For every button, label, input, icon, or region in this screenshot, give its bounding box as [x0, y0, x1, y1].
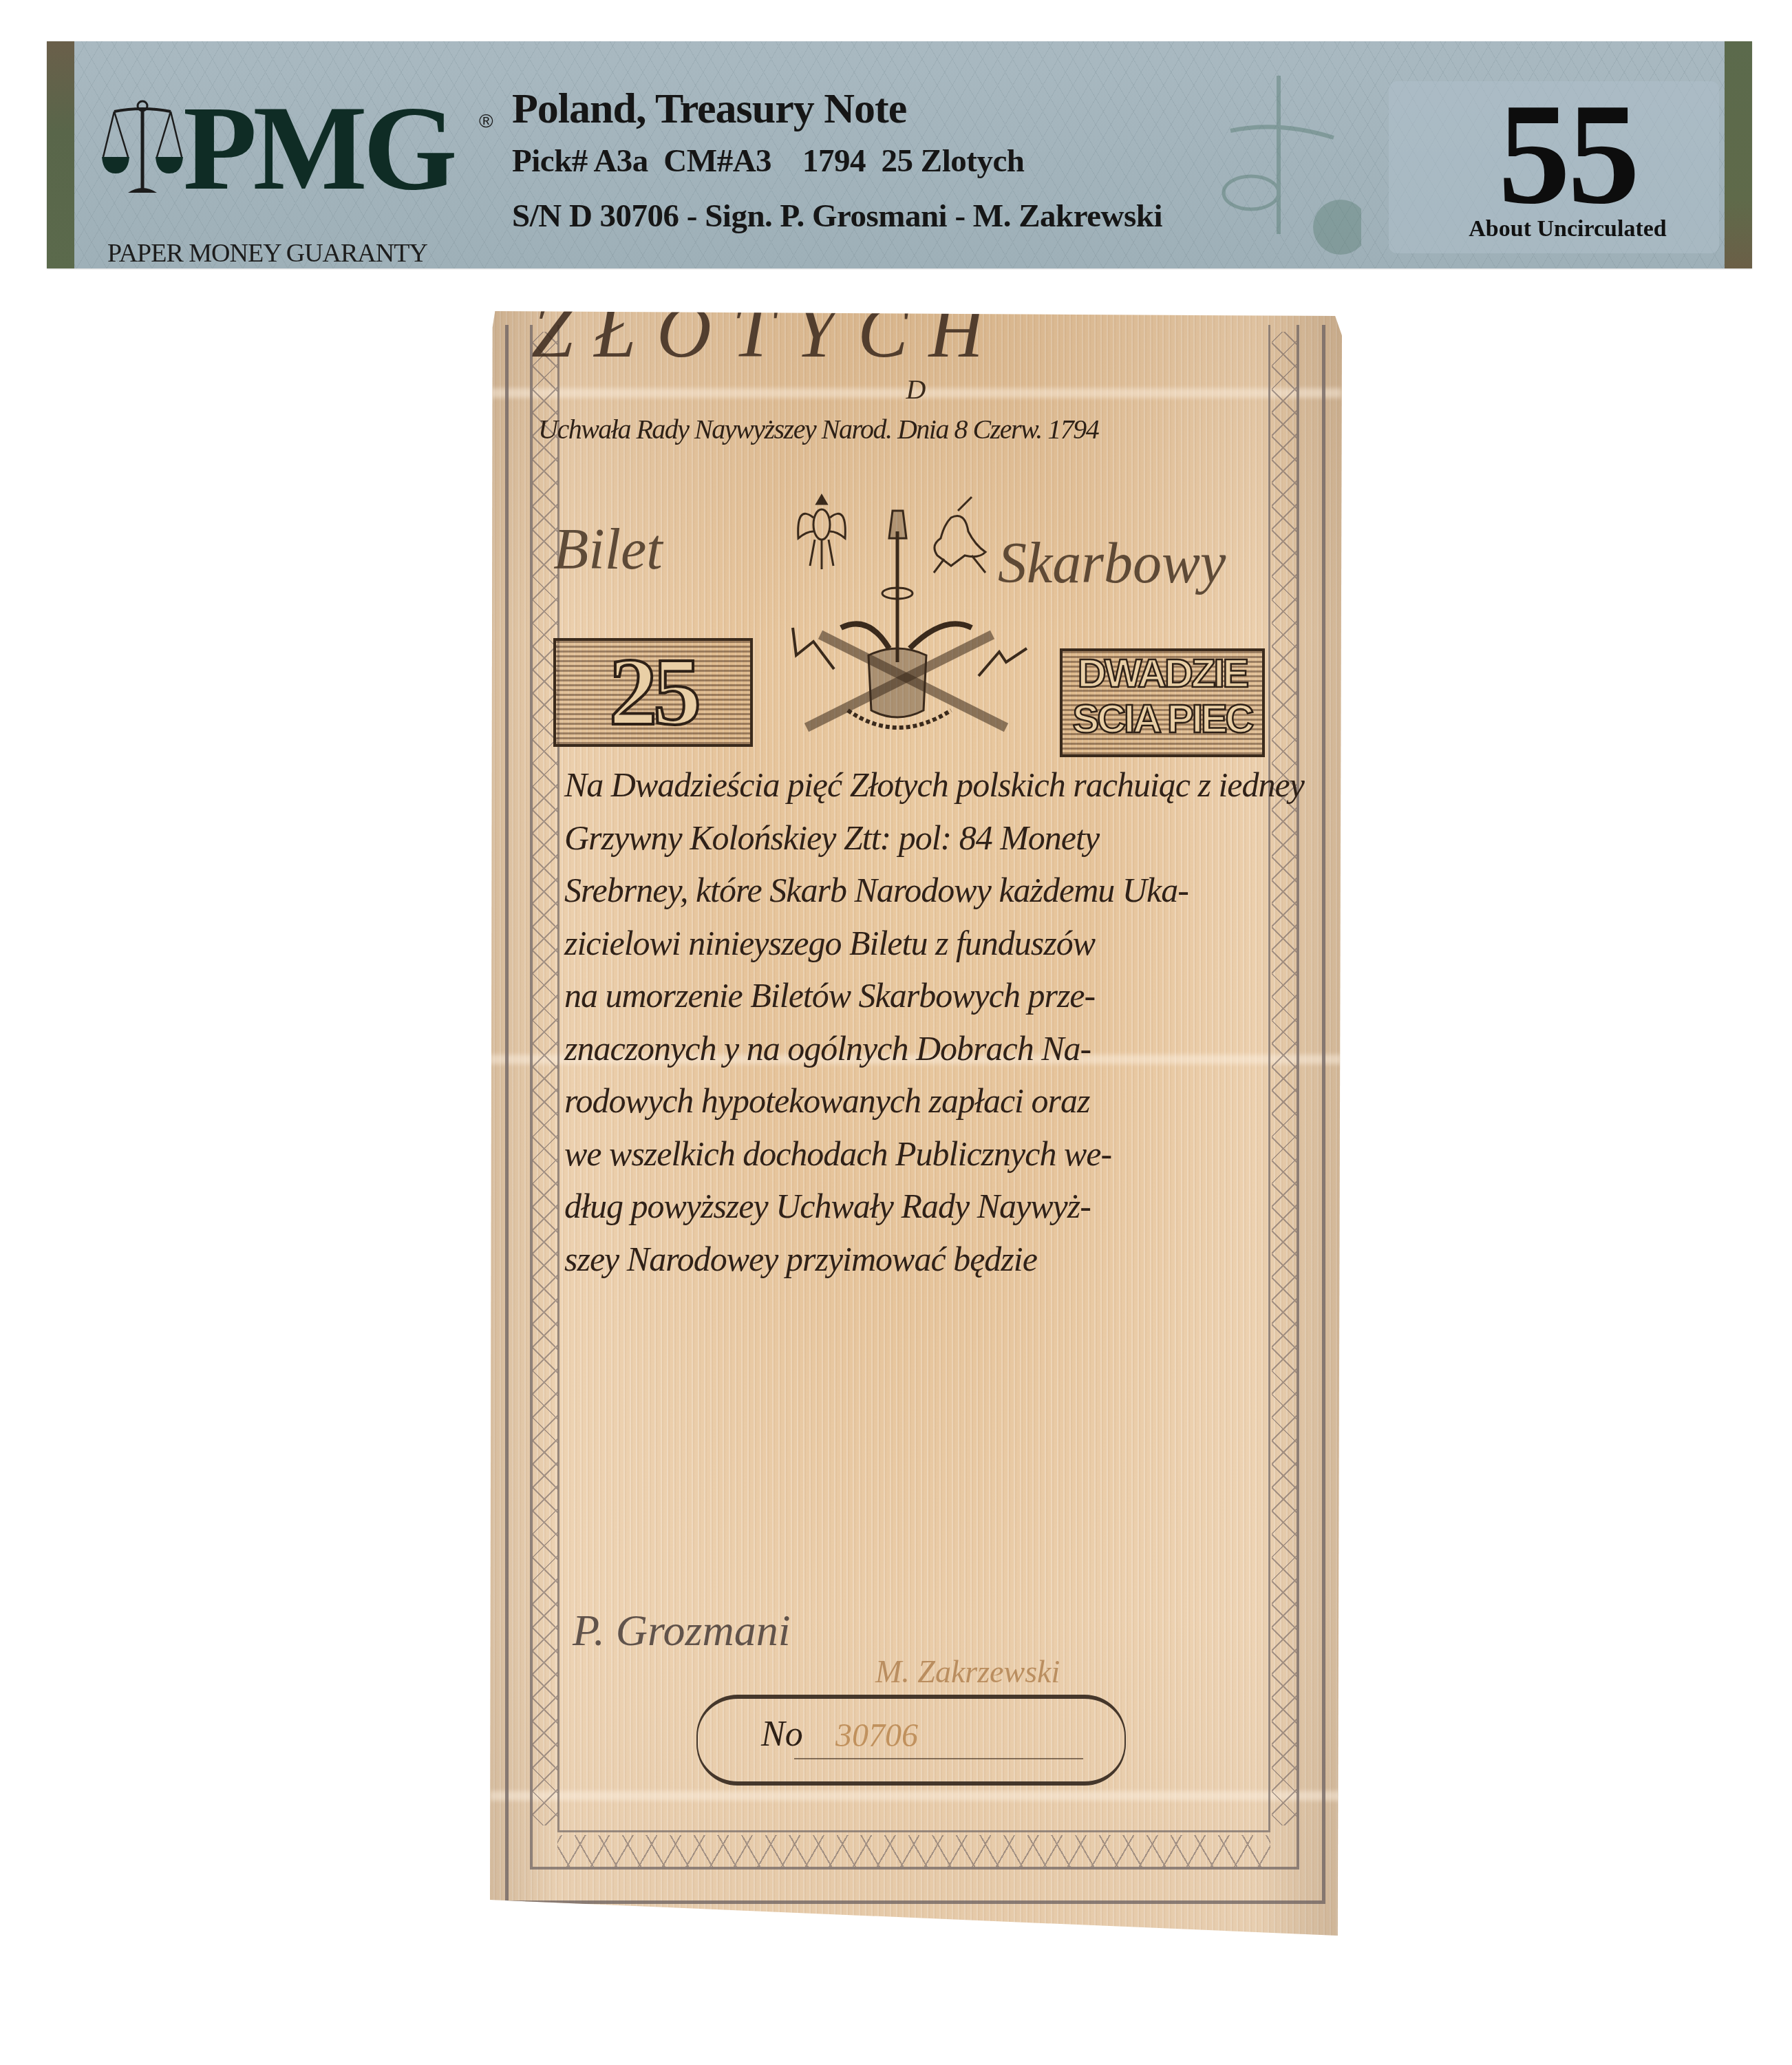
resolution-line: Uchwała Rady Naywyższey Narod. Dnia 8 Cz… [538, 413, 1308, 445]
body-line: Grzywny Kolońskiey Ztt: pol: 84 Monety [564, 812, 1280, 865]
note-catalog-info: Pick# A3a CM#A3 1794 25 Zlotych [512, 134, 1162, 189]
note-title: Poland, Treasury Note [512, 84, 1162, 134]
registered-mark: ® [479, 110, 493, 132]
grade-description: About Uncirculated [1389, 216, 1719, 242]
grade-number: 55 [1389, 92, 1719, 216]
body-line: szey Narodowey przyimować będzie [564, 1233, 1280, 1286]
denomination-numeral: 25 [556, 641, 750, 744]
series-letter: D [490, 373, 1342, 405]
grade-box: 55 About Uncirculated [1389, 81, 1719, 253]
serial-prefix: No [761, 1714, 803, 1755]
label-edge-right [1725, 41, 1752, 268]
note-description: Poland, Treasury Note Pick# A3a CM#A3 17… [512, 84, 1162, 244]
banknote: ZŁOTYCH D Uchwała Rady Naywyższey Narod.… [490, 311, 1342, 1936]
serial-cartouche: No 30706 [696, 1695, 1126, 1786]
serial-number-handwritten: 30706 [835, 1717, 918, 1755]
pmg-tagline: PAPER MONEY GUARANTY [107, 238, 427, 268]
scales-of-justice-icon [102, 96, 183, 200]
watermark-scales-icon [1203, 62, 1361, 262]
fasces-emblem-icon [779, 490, 1041, 752]
signature-zakrzewski: M. Zakrzewski [875, 1653, 1060, 1690]
pahonia-knight-icon [934, 497, 985, 573]
body-line: Srebrney, które Skarb Narodowy każdemu U… [564, 864, 1280, 917]
denomination-numeral-box: 25 [553, 638, 753, 747]
title-bilet: Bilet [553, 516, 663, 583]
body-line: rodowych hypotekowanych zapłaci oraz [564, 1074, 1280, 1127]
serial-underline [794, 1758, 1083, 1759]
body-line: we wszelkich dochodach Publicznych we- [564, 1127, 1280, 1180]
note-serial-signatures: S/N D 30706 - Sign. P. Grosmani - M. Zak… [512, 189, 1162, 244]
body-line: dług powyższey Uchwały Rady Naywyż- [564, 1180, 1280, 1233]
note-body-text: Na Dwadzieścia pięć Złotych polskich rac… [564, 759, 1280, 1285]
label-edge-left [47, 41, 74, 268]
denomination-words-line: DWADZIE [1063, 651, 1262, 697]
signature-grosmani: P. Grozmani [573, 1605, 791, 1656]
body-line: znaczonych y na ogólnych Dobrach Na- [564, 1022, 1280, 1075]
body-line: zicielowi ninieyszego Biletu z funduszów [564, 917, 1280, 970]
pmg-holder-label: PMG ® PAPER MONEY GUARANTY Poland, Treas… [47, 41, 1752, 268]
pmg-logo: PMG ® PAPER MONEY GUARANTY [102, 89, 487, 255]
border-pattern-bottom [557, 1835, 1270, 1867]
denomination-words-box: DWADZIE SCIA PIEC [1060, 648, 1265, 757]
body-line: Na Dwadzieścia pięć Złotych polskich rac… [564, 759, 1280, 812]
pmg-wordmark: PMG [183, 88, 454, 209]
body-line: na umorzenie Biletów Skarbowych prze- [564, 969, 1280, 1022]
note-top-script: ZŁOTYCH [531, 288, 1004, 375]
eagle-icon [798, 496, 846, 569]
denomination-words-line: SCIA PIEC [1063, 697, 1262, 742]
